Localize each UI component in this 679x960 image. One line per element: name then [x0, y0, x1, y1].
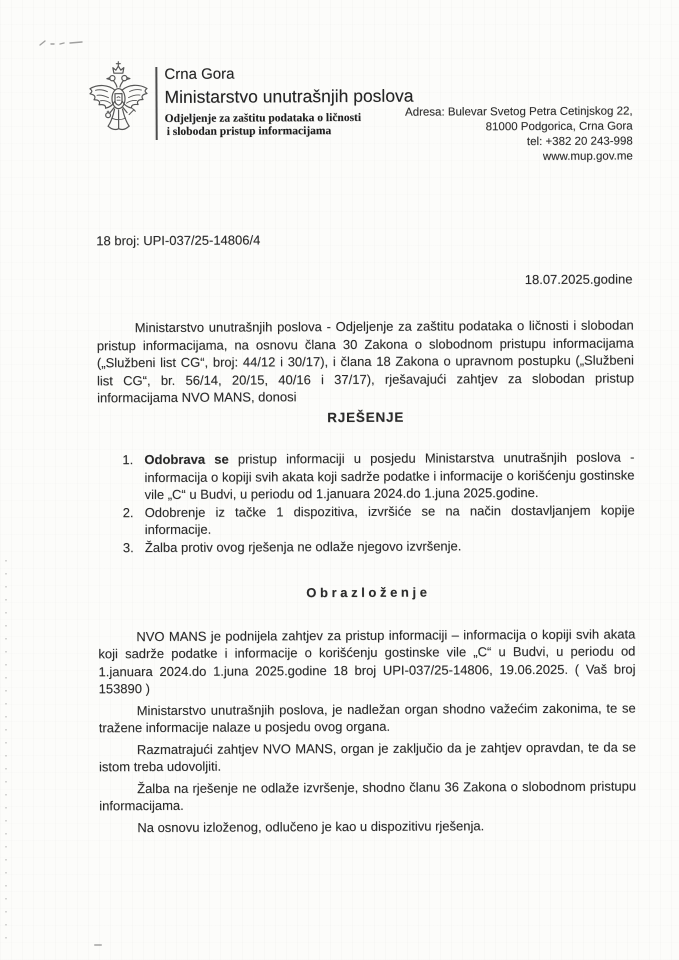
document-content: Crna Gora Ministarstvo unutrašnjih poslo…	[0, 0, 679, 960]
decision-title: RJEŠENJE	[97, 407, 634, 427]
reference-number: 18 broj: UPI-037/25-14806/4	[96, 232, 260, 248]
document-body: Ministarstvo unutrašnjih poslova - Odjel…	[97, 316, 637, 836]
explanation-paragraph: Žalba na rješenje ne odlaže izvršenje, s…	[99, 777, 636, 815]
address-block: Adresa: Bulevar Svetog Petra Cetinjskog …	[405, 104, 633, 165]
item-text: Odobrava se pristup informaciji u posjed…	[144, 448, 634, 503]
country-name: Crna Gora	[164, 66, 413, 82]
item-bold-lead: Odobrava se	[144, 452, 228, 467]
item-number: 3.	[98, 539, 145, 557]
decision-item: 3. Žalba protiv ovog rješenja ne odlaže …	[98, 536, 635, 556]
department-line-1: Odjeljenje za zaštitu podataka o ličnost…	[165, 111, 414, 126]
item-text-body: Odobrenje iz tačke 1 dispozitiva, izvrši…	[145, 502, 635, 537]
coat-of-arms-icon	[82, 60, 154, 148]
department-line-2: i slobodan pristup informacijama	[165, 125, 414, 140]
document-date: 18.07.2025.godine	[525, 271, 633, 287]
address-line-2: 81000 Podgorica, Crna Gora	[405, 119, 633, 135]
item-text-body: Žalba protiv ovog rješenja ne odlaže nje…	[145, 538, 462, 555]
explanation-title: O b r a z l o ž e n j e	[98, 582, 635, 602]
decision-list: 1. Odobrava se pristup informaciji u pos…	[97, 448, 635, 556]
intro-paragraph: Ministarstvo unutrašnjih poslova - Odjel…	[97, 316, 634, 406]
item-text: Žalba protiv ovog rješenja ne odlaže nje…	[145, 536, 635, 556]
header-separator	[155, 67, 157, 140]
item-number: 2.	[98, 504, 145, 539]
item-text: Odobrenje iz tačke 1 dispozitiva, izvrši…	[145, 501, 635, 539]
ministry-block: Crna Gora Ministarstvo unutrašnjih poslo…	[164, 66, 413, 140]
scanned-document-page: Crna Gora Ministarstvo unutrašnjih poslo…	[0, 0, 679, 960]
explanation-paragraph: Na osnovu izloženog, odlučeno je kao u d…	[99, 816, 636, 836]
address-line-1: Adresa: Bulevar Svetog Petra Cetinjskog …	[405, 104, 633, 120]
explanation-paragraph: Ministarstvo unutrašnjih poslova, je nad…	[99, 699, 636, 737]
item-number: 1.	[97, 451, 144, 504]
address-line-4: www.mup.gov.me	[405, 149, 633, 165]
address-line-3: tel: +382 20 243-998	[405, 134, 633, 150]
explanation-paragraph: NVO MANS je podnijela zahtjev za pristup…	[98, 625, 635, 698]
ministry-name: Ministarstvo unutrašnjih poslova	[164, 88, 413, 107]
explanation-paragraph: Razmatrajući zahtjev NVO MANS, organ je …	[99, 738, 636, 776]
decision-item: 1. Odobrava se pristup informaciji u pos…	[97, 448, 634, 503]
decision-item: 2. Odobrenje iz tačke 1 dispozitiva, izv…	[98, 501, 635, 539]
